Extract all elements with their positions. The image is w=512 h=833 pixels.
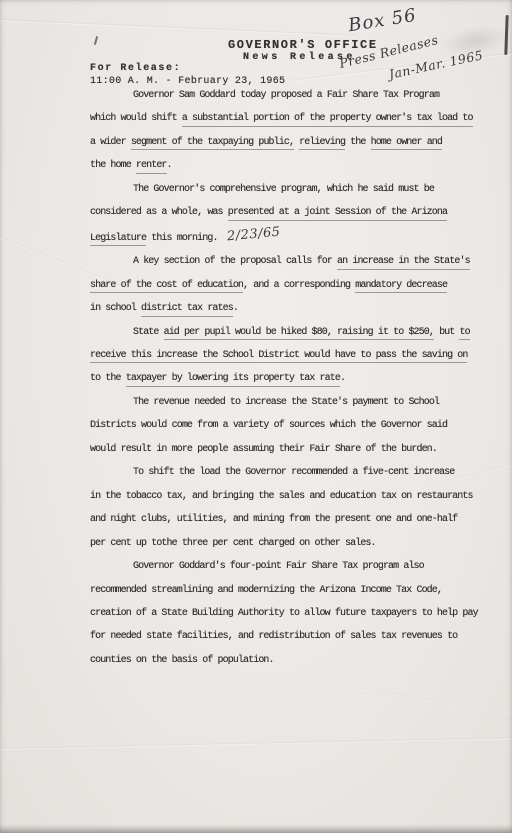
typewritten-text: in school (90, 303, 141, 314)
typewritten-text: the home (90, 160, 136, 171)
typewritten-text: and night clubs, utilities, and mining f… (90, 514, 457, 525)
letterhead-office-title: GOVERNOR'S OFFICE (228, 38, 378, 52)
typewritten-text: counties on the basis of population. (90, 655, 274, 666)
body-line: creation of a State Building Authority t… (90, 602, 494, 625)
typewritten-text: but (434, 327, 460, 338)
body-line: counties on the basis of population. (90, 649, 494, 672)
scanned-press-release: GOVERNOR'S OFFICE News Release For Relea… (0, 0, 512, 833)
typewritten-text: considered as a whole, was (90, 207, 228, 218)
typewritten-text: Governor Goddard's four-point Fair Share… (133, 561, 424, 572)
pencil-underlined-text: aid per pupil would be hiked $80, raisin… (164, 327, 434, 341)
pencil-underlined-text: Legislature (90, 233, 146, 247)
pencil-underlined-text: taxpayer by lowering its property tax ra… (126, 373, 340, 387)
typewritten-text: to the (90, 373, 126, 384)
pencil-underlined-text: relieving (299, 137, 345, 151)
body-line: per cent up tothe three per cent charged… (90, 532, 494, 555)
typewritten-text: per cent up tothe three per cent charged… (90, 538, 376, 549)
typewritten-text: State (133, 327, 164, 338)
typewritten-text: The revenue needed to increase the State… (133, 397, 439, 408)
typewritten-text: , and a corresponding (243, 280, 355, 291)
typewritten-text: Governor Sam Goddard today proposed a Fa… (133, 90, 439, 101)
typewritten-text: a wider (90, 137, 131, 148)
handwritten-inline-date: 2/23/65 (226, 220, 281, 248)
typewritten-text: . (340, 373, 345, 384)
typewritten-text: . (167, 160, 172, 171)
body-line: recommended streamlining and modernizing… (90, 579, 494, 602)
typewritten-text: To shift the load the Governor recommend… (133, 467, 454, 478)
typewritten-text: this morning. (146, 233, 217, 244)
body-line: considered as a whole, was presented at … (90, 201, 494, 224)
pencil-underlined-text: mandatory decrease (355, 280, 447, 294)
body-line: share of the cost of education, and a co… (90, 274, 494, 297)
typewritten-text: for needed state facilities, and redistr… (90, 631, 457, 642)
body-line: to the taxpayer by lowering its property… (90, 367, 494, 390)
paper-crease (331, 683, 512, 720)
typewritten-text: Districts would come from a variety of s… (90, 420, 447, 431)
stray-pen-tick-mark (94, 36, 98, 45)
typewritten-text: . (233, 303, 238, 314)
body-line: Governor Sam Goddard today proposed a Fa… (90, 84, 494, 107)
pencil-underlined-text: receive this increase the School Distric… (90, 350, 467, 364)
body-line: A key section of the proposal calls for … (90, 250, 494, 273)
body-line: the home renter. (90, 154, 494, 177)
pencil-underlined-text: segment of the taxpaying public, (131, 137, 294, 151)
body-line: in the tobacco tax, and bringing the sal… (90, 485, 494, 508)
pencil-underlined-text: a substantial portion of the property ow… (182, 113, 473, 127)
body-line: receive this increase the School Distric… (90, 344, 494, 367)
handwritten-box-number: Box 56 (347, 5, 418, 37)
pencil-underlined-text: home owner and (371, 137, 442, 151)
paper-sheet: GOVERNOR'S OFFICE News Release For Relea… (0, 0, 512, 833)
body-line: would result in more people assuming the… (90, 438, 494, 461)
pencil-underlined-text: share of the cost of education (90, 280, 243, 294)
paper-crease (0, 736, 512, 750)
body-line: Legislature this morning.2/23/65 (90, 225, 494, 250)
typewritten-text: recommended streamlining and modernizing… (90, 585, 442, 596)
typewritten-text: The Governor's comprehensive program, wh… (133, 184, 434, 195)
typewritten-text: the (345, 137, 371, 148)
body-line: State aid per pupil would be hiked $80, … (90, 321, 494, 344)
typewritten-text: A key section of the proposal calls for (133, 256, 337, 267)
body-line: which would shift a substantial portion … (90, 107, 494, 130)
body-line: a wider segment of the taxpaying public,… (90, 131, 494, 154)
body-line: The revenue needed to increase the State… (90, 391, 494, 414)
body-line: To shift the load the Governor recommend… (90, 461, 494, 484)
body-line: The Governor's comprehensive program, wh… (90, 178, 494, 201)
paper-bottom-edge (0, 824, 512, 833)
pencil-underlined-text: presented at a joint Session of the Ariz… (228, 207, 447, 221)
typewritten-text: in the tobacco tax, and bringing the sal… (90, 491, 473, 502)
paper-crease (0, 18, 356, 38)
document-body: Governor Sam Goddard today proposed a Fa… (90, 84, 494, 672)
body-line: and night clubs, utilities, and mining f… (90, 508, 494, 531)
typewritten-text: would result in more people assuming the… (90, 444, 437, 455)
body-line: Governor Goddard's four-point Fair Share… (90, 555, 494, 578)
pencil-underlined-text: to (459, 327, 469, 341)
typewritten-text: creation of a State Building Authority t… (90, 608, 478, 619)
pencil-underlined-text: renter (136, 160, 167, 174)
for-release-label: For Release: (90, 63, 181, 74)
body-line: in school district tax rates. (90, 297, 494, 320)
typewritten-text: which would shift (90, 113, 182, 124)
pencil-underlined-text: district tax rates (141, 303, 233, 317)
pencil-underlined-text: an increase in the State's (337, 256, 470, 270)
body-line: for needed state facilities, and redistr… (90, 625, 494, 648)
body-line: Districts would come from a variety of s… (90, 414, 494, 437)
